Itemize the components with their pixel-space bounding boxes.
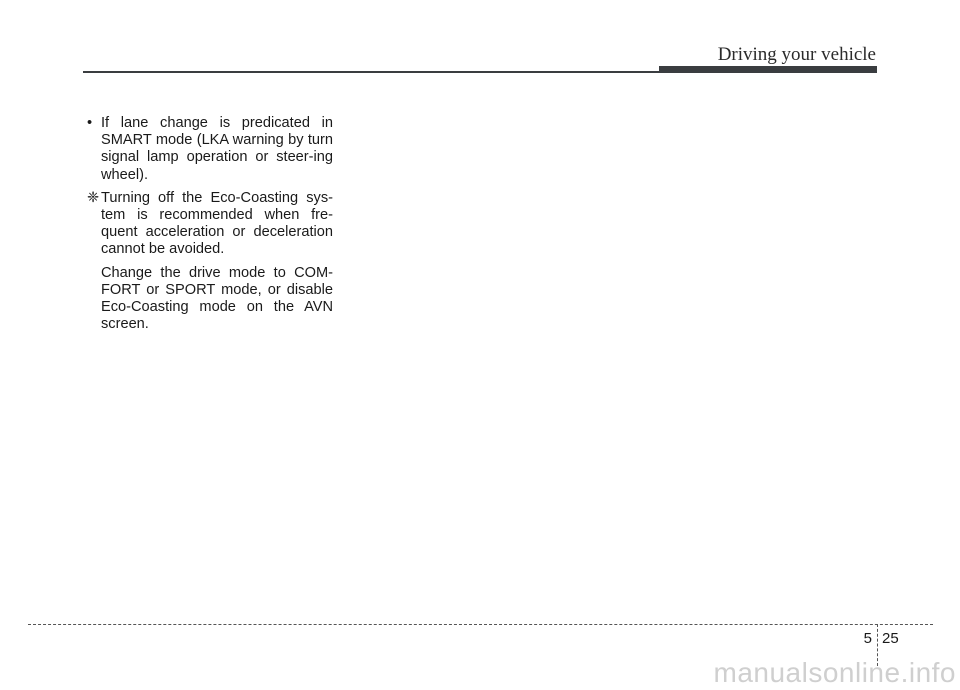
footer-divider [28, 624, 933, 625]
header-rule-thick [659, 66, 877, 73]
bullet-icon: • [87, 115, 101, 132]
section-title: Driving your vehicle [718, 44, 876, 66]
paragraph-text: Turning off the Eco-Coasting sys-tem is … [101, 190, 333, 258]
bullet-paragraph: •If lane change is predicated in SMART m… [87, 115, 333, 184]
page-number: 25 [882, 630, 899, 647]
note-asterisk-icon: ❈ [87, 190, 101, 207]
note-paragraph: ❈Turning off the Eco-Coasting sys-tem is… [87, 190, 333, 259]
paragraph-text: Change the drive mode to COM-FORT or SPO… [101, 265, 333, 333]
header-rule-thin [83, 71, 663, 73]
note-continuation-paragraph: Change the drive mode to COM-FORT or SPO… [87, 265, 333, 334]
body-text: •If lane change is predicated in SMART m… [87, 115, 333, 339]
paragraph-text: If lane change is predicated in SMART mo… [101, 115, 333, 183]
chapter-number: 5 [864, 630, 872, 647]
watermark: manualsonline.info [714, 657, 957, 689]
